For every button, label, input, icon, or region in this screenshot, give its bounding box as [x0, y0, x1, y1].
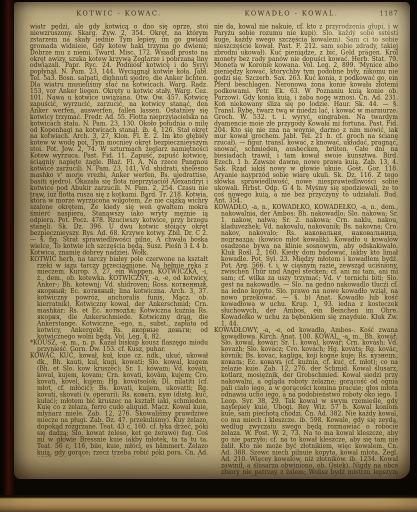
- dictionary-page: KOTWIC - KOWAC. KOWADŁO - KOWAL. 1187 wi…: [14, 2, 410, 479]
- book-spine-edge: [0, 0, 15, 512]
- dictionary-paragraph: KOWAĆ, KUĆ, kował, kuł, kuie cz. ndk., u…: [30, 353, 208, 457]
- header-right-title: KOWADŁO - KOWAL.: [214, 10, 369, 18]
- dictionary-paragraph: KOWADŁOWY, -a, -e, od kowadła, Ambos-. K…: [214, 327, 398, 476]
- text-columns: wiatr pędzi, ale gdy kotwicą o dno się o…: [14, 18, 409, 476]
- table-edge-strip: [0, 495, 417, 512]
- book-page-photo: KOTWIC - KOWAC. KOWADŁO - KOWAL. 1187 wi…: [0, 0, 417, 512]
- dictionary-paragraph: wiatr pędzi, ale gdy kotwicą o dno się o…: [30, 24, 208, 256]
- header-left-title: KOTWIC - KOWAC.: [30, 10, 208, 18]
- dictionary-paragraph: *KOUSZ, -a, m., n. p. Kazał biskup kousz…: [30, 340, 208, 353]
- dictionary-paragraph: KOTWIC herb, na tarczy białey pole czerw…: [30, 256, 208, 340]
- page-content: KOTWIC - KOWAC. KOWADŁO - KOWAL. 1187 wi…: [14, 2, 409, 479]
- left-column: wiatr pędzi, ale gdy kotwicą o dno się o…: [30, 24, 208, 457]
- dictionary-paragraph: nie da, kowal nie nakuie, cf. kto z przy…: [214, 24, 398, 205]
- dictionary-paragraph: KOWADŁO, -a, n., KOWADŁKO, KOWADEŁKO, -a…: [214, 204, 398, 327]
- page-number: 1187: [369, 10, 398, 18]
- running-header: KOTWIC - KOWAC. KOWADŁO - KOWAL. 1187: [14, 2, 409, 18]
- right-column: nie da, kowal nie nakuie, cf. kto z przy…: [214, 24, 398, 476]
